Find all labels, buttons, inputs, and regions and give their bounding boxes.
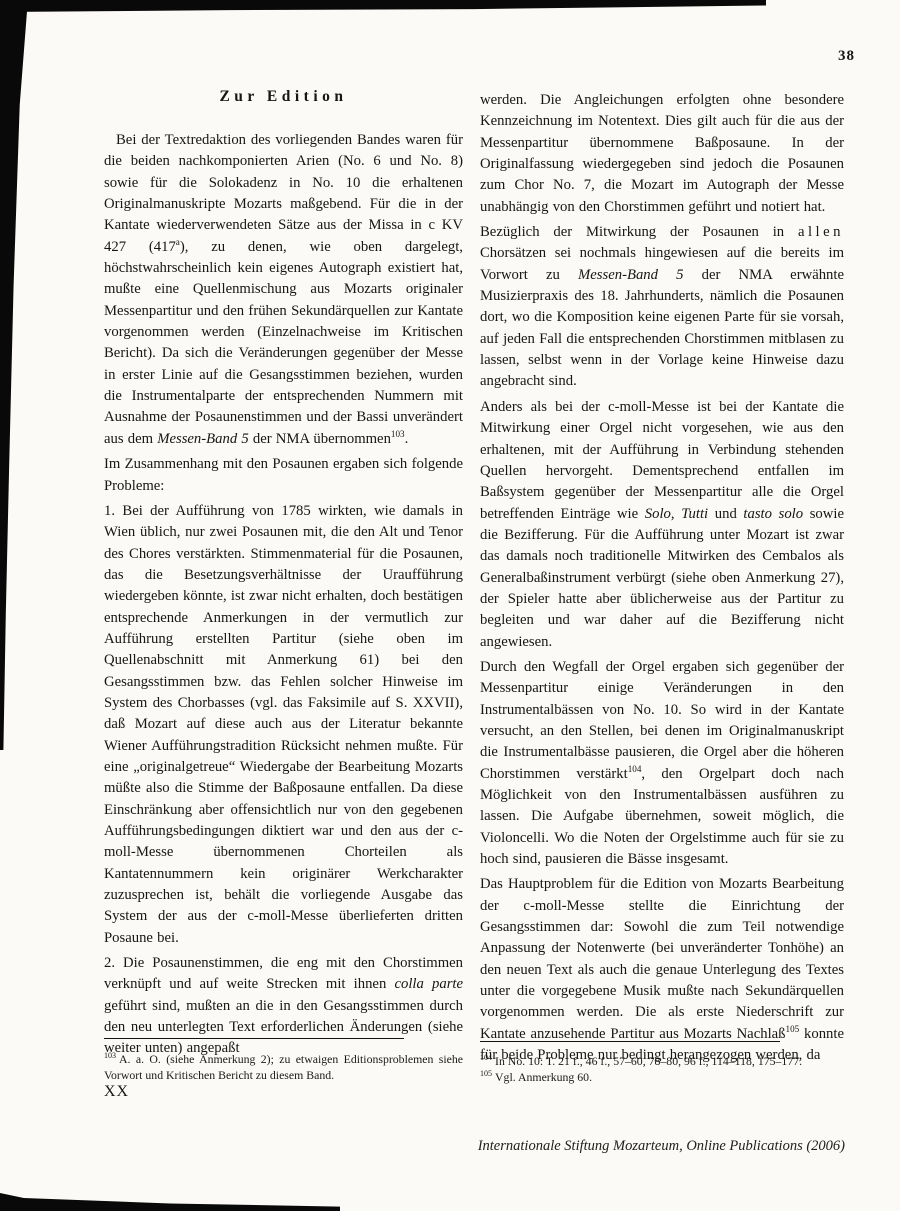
page-number-bottom: XX (104, 1083, 129, 1101)
scan-artifact-top-edge (0, 0, 766, 13)
footnote-rule-right (480, 1041, 780, 1042)
paragraph-probleme: Im Zusammenhang mit den Posaunen ergaben… (104, 454, 463, 497)
section-heading: Zur Edition (104, 88, 463, 106)
publication-footer: Internationale Stiftung Mozarteum, Onlin… (478, 1138, 845, 1155)
paragraph-item-2: 2. Die Posaunenstimmen, die eng mit den … (104, 953, 463, 1060)
document-page: 38 Zur Edition Bei der Textredaktion des… (0, 0, 900, 1211)
footnote-number: 104 (480, 1053, 492, 1062)
footnote-number: 105 (480, 1069, 492, 1078)
paragraph-angleichungen: werden. Die Angleichungen erfolgten ohne… (480, 90, 844, 218)
paragraph-hauptproblem: Das Hauptproblem für die Edition von Moz… (480, 874, 844, 1066)
footnotes-right: 104In No. 10: T. 21 f., 46 f., 57–60, 78… (480, 1054, 844, 1085)
left-column: Zur Edition Bei der Textredaktion des vo… (104, 88, 463, 1064)
footnote-103: 103A. a. O. (siehe Anmerkung 2); zu etwa… (104, 1052, 463, 1083)
right-column: werden. Die Angleichungen erfolgten ohne… (480, 90, 844, 1070)
paragraph-item-1: 1. Bei der Aufführung von 1785 wirkten, … (104, 501, 463, 949)
footnotes-left: 103A. a. O. (siehe Anmerkung 2); zu etwa… (104, 1052, 463, 1083)
paragraph-mitwirkung-posaunen: Bezüglich der Mitwirkung der Posaunen in… (480, 222, 844, 393)
page-number-top: 38 (838, 48, 855, 65)
footnote-105: 105Vgl. Anmerkung 60. (480, 1070, 844, 1086)
footnote-text: In No. 10: T. 21 f., 46 f., 57–60, 78–80… (495, 1054, 802, 1068)
paragraph-orgel: Anders als bei der c-moll-Messe ist bei … (480, 397, 844, 653)
scan-artifact-left-edge (0, 0, 34, 750)
footnote-text: A. a. O. (siehe Anmerkung 2); zu etwaige… (104, 1052, 463, 1082)
footnote-104: 104In No. 10: T. 21 f., 46 f., 57–60, 78… (480, 1054, 844, 1070)
footnote-text: Vgl. Anmerkung 60. (495, 1070, 592, 1084)
scan-artifact-bottom-edge (0, 1193, 340, 1211)
paragraph-wegfall-orgel: Durch den Wegfall der Orgel ergaben sich… (480, 657, 844, 870)
footnote-rule-left (104, 1038, 404, 1039)
paragraph-intro: Bei der Textredaktion des vorliegenden B… (104, 130, 463, 450)
footnote-number: 103 (104, 1051, 116, 1060)
